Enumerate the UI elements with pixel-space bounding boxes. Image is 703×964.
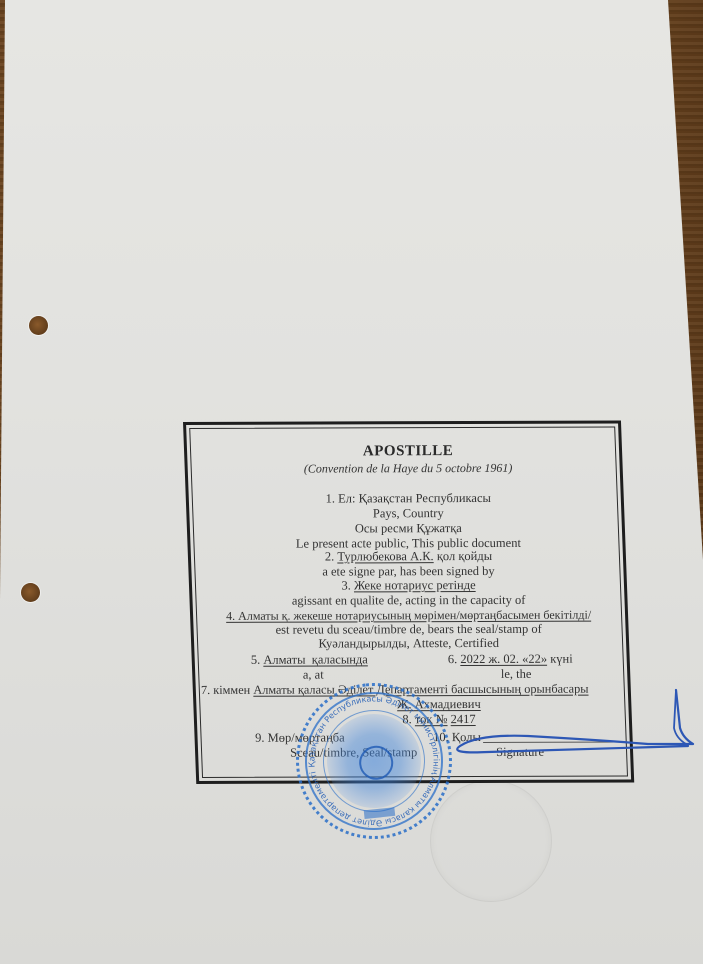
field-6-date: 6. 2022 ж. 02. «22» күні xyxy=(448,652,573,666)
field-4-seal-of: 4. Алматы қ. жекеше нотариусының мөрімен… xyxy=(193,607,625,623)
field-10-signature: 10. Қолы xyxy=(433,730,481,744)
field-8-number: 8. тоқ № 2417 xyxy=(193,711,625,727)
signer-name: Турлюбекова А.К. xyxy=(337,549,433,563)
field-4-translation: est revetu du sceau/timbre de, bears the… xyxy=(193,621,625,637)
field-3-capacity: 3. Жеке нотариус ретінде xyxy=(193,577,625,593)
field-9-seal: 9. Мөр/мөртаңба xyxy=(255,730,345,744)
public-document-kz: Осы ресми Құжатқа xyxy=(192,520,624,536)
place-value: Алматы қаласында xyxy=(263,652,368,666)
certified-label: Куәландырылды, Atteste, Certified xyxy=(193,635,625,651)
date-value: 2022 ж. 02. «22» xyxy=(460,652,547,666)
field-7-official-name: Ж. Ахмадиевич xyxy=(193,696,625,712)
field-1-translation: Pays, Country xyxy=(192,505,624,521)
field-1-country: 1. Ел: Қазақстан Республикасы xyxy=(192,490,624,506)
punch-hole-icon xyxy=(29,316,48,335)
punch-hole-icon xyxy=(21,583,40,602)
field-5-place: 5. Алматы қаласында xyxy=(251,652,368,666)
apostille-title: APOSTILLE xyxy=(192,443,624,459)
field-2-translation: a ete signe par, has been signed by xyxy=(193,563,625,579)
apostille-box: APOSTILLE (Convention de la Haye du 5 oc… xyxy=(183,420,634,784)
field-3-translation: agissant en qualite de, acting in the ca… xyxy=(193,592,625,608)
fields-5-6: 5. Алматы қаласында 6. 2022 ж. 02. «22» … xyxy=(193,651,625,653)
signature-line xyxy=(483,742,623,743)
field-2-signed-by: 2. Турлюбекова А.К. қол қойды xyxy=(192,548,624,564)
fields-9-10: 9. Мөр/мөртаңба 10. Қолы xyxy=(193,729,625,731)
apostille-subtitle: (Convention de la Haye du 5 octobre 1961… xyxy=(192,460,624,476)
capacity-value: Жеке нотариус ретінде xyxy=(354,578,476,592)
apostille-content: APOSTILLE (Convention de la Haye du 5 oc… xyxy=(192,423,625,781)
authority-value: Алматы қаласы Әділет Департаменті басшыс… xyxy=(253,682,588,697)
field-7-by-whom: 7. кіммен Алматы қаласы Әділет Департаме… xyxy=(193,681,625,697)
embossed-seal-icon xyxy=(430,780,552,902)
country-value: Қазақстан Республикасы xyxy=(359,491,491,505)
